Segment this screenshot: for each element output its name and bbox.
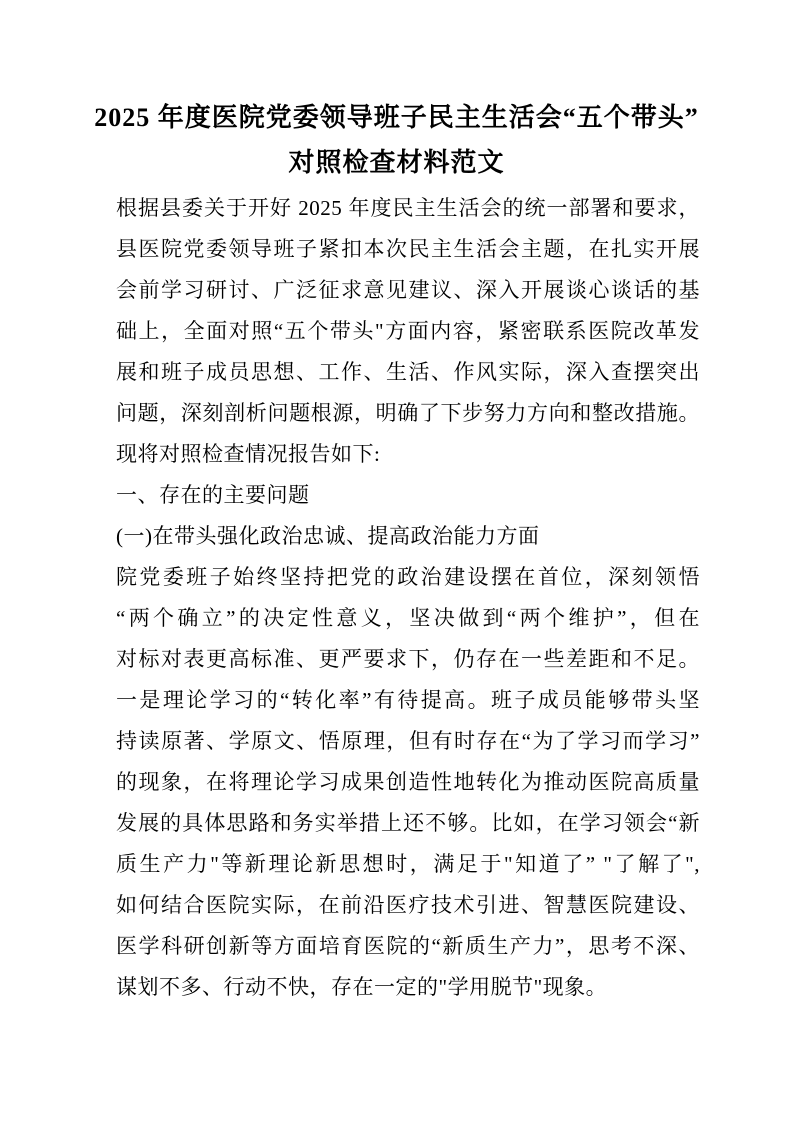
title-line-2: 对照检查材料范文 (0, 140, 793, 185)
body-line-20: 谋划不多、行动不快，存在一定的"学用脱节"现象。 (116, 967, 700, 1008)
document-page: 2025 年度医院党委领导班子民主生活会“五个带头” 对照检查材料范文 根据县委… (0, 0, 793, 1122)
subsection-heading-1: (一)在带头强化政治忠诚、提高政治能力方面 (116, 516, 700, 557)
body-line-18: 如何结合医院实际，在前沿医疗技术引进、智慧医院建设、 (116, 885, 700, 926)
body-line-10: 院党委班子始终坚持把党的政治建设摆在首位，深刻领悟 (116, 557, 700, 598)
body-line-17: 质生产力"等新理论新思想时，满足于"知道了” "了解了", (116, 844, 700, 885)
body-line-16: 发展的具体思路和务实举措上还不够。比如，在学习领会“新 (116, 803, 700, 844)
section-heading-1: 一、存在的主要问题 (116, 475, 700, 516)
body-line-3: 会前学习研讨、广泛征求意见建议、深入开展谈心谈话的基 (116, 270, 700, 311)
body-line-1: 根据县委关于开好 2025 年度民主生活会的统一部署和要求， (116, 188, 700, 229)
body-line-6: 问题，深刻剖析问题根源，明确了下步努力方向和整改措施。 (116, 393, 700, 434)
body-line-15: 的现象，在将理论学习成果创造性地转化为推动医院高质量 (116, 762, 700, 803)
document-viewport: { "page": { "background": "#ffffff", "te… (0, 0, 793, 1122)
document-title: 2025 年度医院党委领导班子民主生活会“五个带头” 对照检查材料范文 (0, 95, 793, 185)
body-line-19: 医学科研创新等方面培育医院的“新质生产力”，思考不深、 (116, 926, 700, 967)
body-line-4: 础上，全面对照“五个带头"方面内容，紧密联系医院改革发 (116, 311, 700, 352)
body-line-13: 一是理论学习的“转化率”有待提高。班子成员能够带头坚 (116, 680, 700, 721)
body-line-14: 持读原著、学原文、悟原理，但有时存在“为了学习而学习” (116, 721, 700, 762)
body-line-11: “两个确立”的决定性意义，坚决做到“两个维护”，但在 (116, 598, 700, 639)
body-line-2: 县医院党委领导班子紧扣本次民主生活会主题，在扎实开展 (116, 229, 700, 270)
body-line-7: 现将对照检查情况报告如下: (116, 434, 700, 475)
body-line-12: 对标对表更高标准、更严要求下，仍存在一些差距和不足。 (116, 639, 700, 680)
document-body: 根据县委关于开好 2025 年度民主生活会的统一部署和要求， 县医院党委领导班子… (116, 188, 700, 1008)
body-line-5: 展和班子成员思想、工作、生活、作风实际，深入查摆突出 (116, 352, 700, 393)
title-line-1: 2025 年度医院党委领导班子民主生活会“五个带头” (0, 95, 793, 140)
